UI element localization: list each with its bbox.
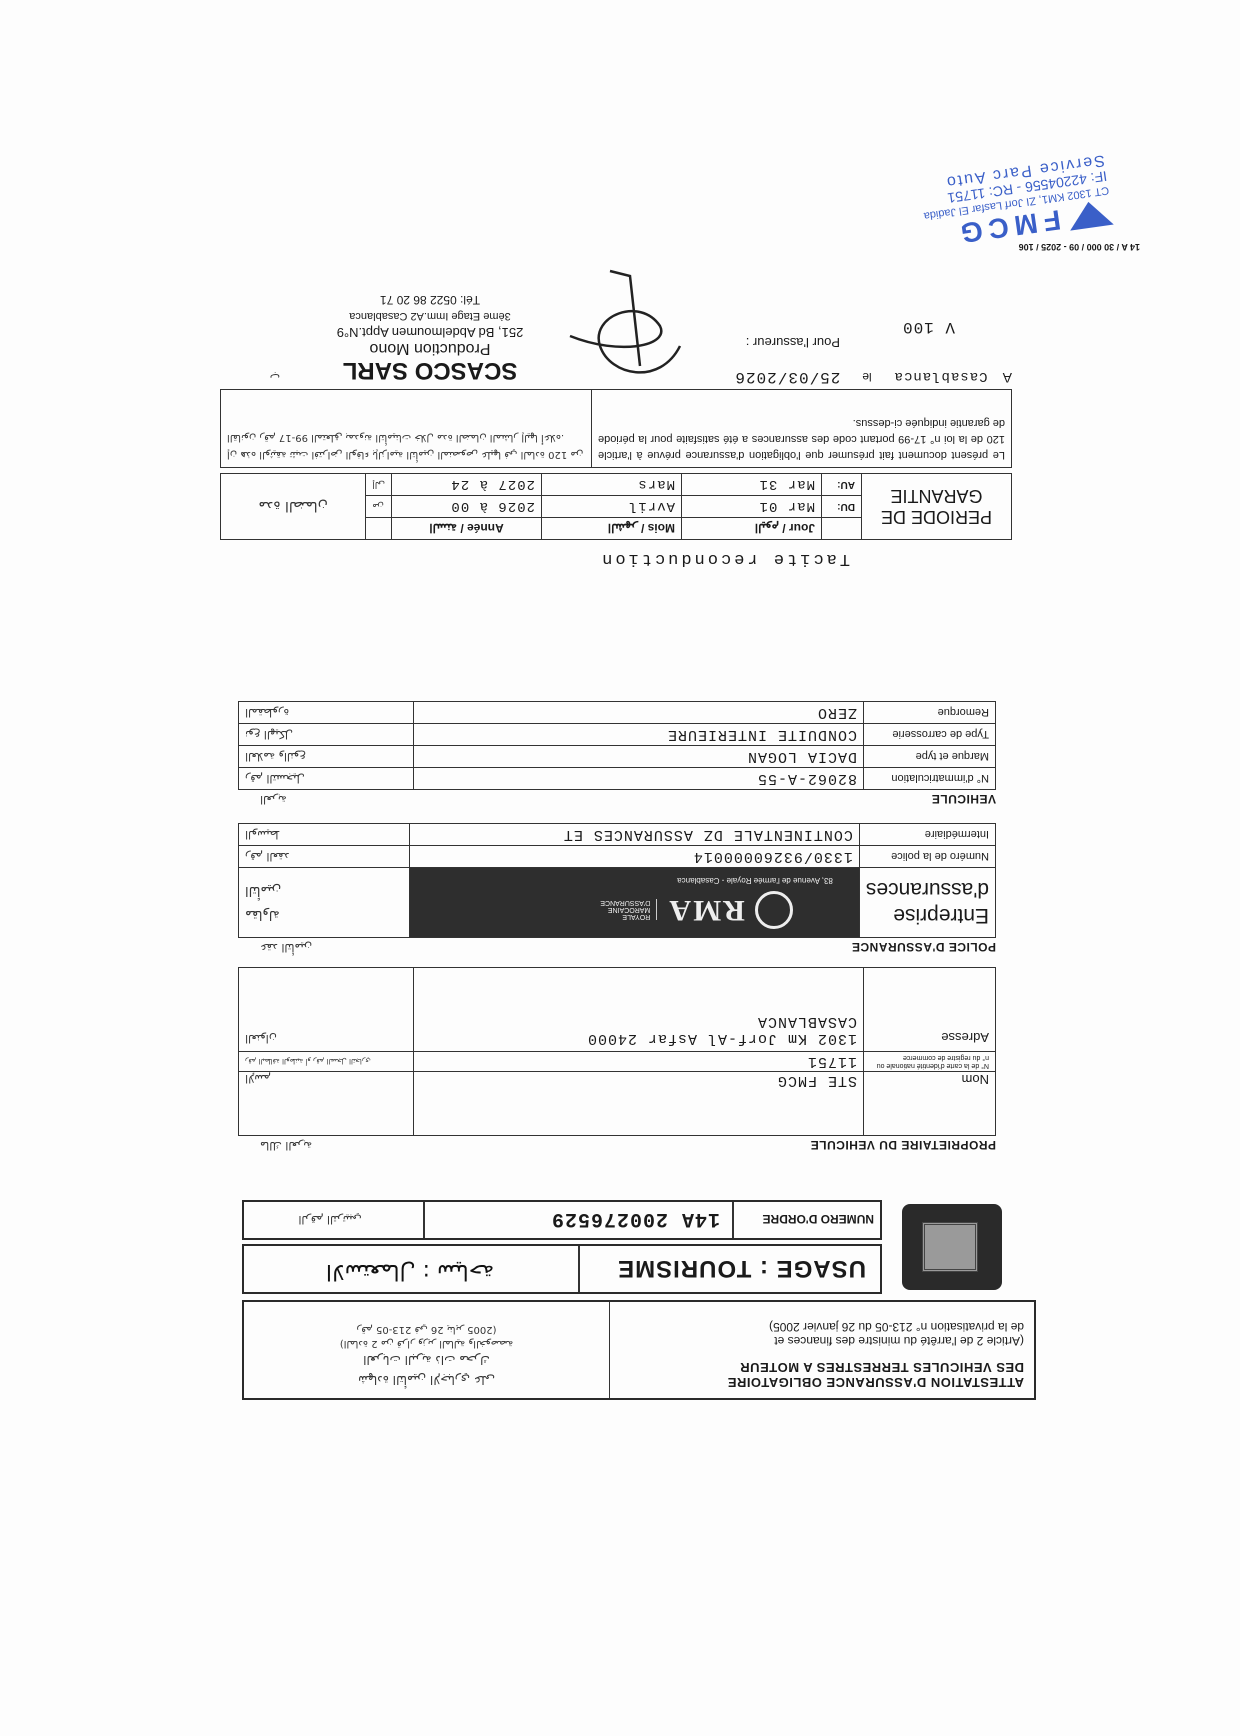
place-value: Casablanca — [894, 368, 988, 384]
from-ar: من — [366, 496, 392, 518]
owner-name-value: STE FMCG — [414, 1072, 864, 1136]
insurer-label-line1: Entreprise — [866, 903, 989, 929]
guarantee-ar: مدة الضمان — [221, 474, 366, 540]
table-row: Marque et type DACIA LOGAN العلامة والنو… — [239, 746, 996, 768]
intermediary-label: Intermédiaire — [859, 824, 995, 846]
header-ar: شهادة التأمين الإجباري على العربات البري… — [244, 1302, 609, 1398]
usage-label: USAGE : TOURISME — [617, 1254, 866, 1282]
signature-place-line: A Casablanca le 25/03/2026 — [734, 368, 1012, 386]
to-month: Mars — [542, 474, 682, 496]
guarantee-col-day: Jour / اليوم — [682, 518, 822, 540]
make-value: DACIA LOGAN — [414, 746, 864, 768]
table-row: N° de la carte d'identité nationale ou n… — [239, 1052, 996, 1072]
rma-logo-text: RMA — [667, 893, 745, 927]
owner-id-ar: رقم البطاقة الوطنية أو رقم السجل التجاري — [239, 1052, 414, 1072]
policy-section-title: POLICE D'ASSURANCE — [851, 940, 996, 954]
insurer-ar-line2: التأمين — [245, 879, 403, 903]
guarantee-label-line2: GARANTIE — [868, 486, 1005, 507]
agent-stamp-name: SCASCO SARL — [310, 356, 550, 384]
header-box: ATTESTATION D'ASSURANCE OBLIGATOIRE DES … — [242, 1300, 1036, 1400]
order-label: NUMERO D'ORDRE — [762, 1212, 874, 1226]
table-row: Intermédiaire CONTINENTALE DZ ASSURANCES… — [239, 824, 996, 846]
guarantee-col-month: Mois / الشهر — [542, 518, 682, 540]
date-prefix: le — [862, 370, 871, 384]
usage-box: USAGE : TOURISME الاستعمال : سياحة — [242, 1244, 882, 1294]
usage-divider — [579, 1246, 581, 1292]
header-title-line1: ATTESTATION D'ASSURANCE OBLIGATOIRE — [620, 1375, 1024, 1390]
header-subtitle-line1: (Article 2 de l'arrêté du ministre des f… — [620, 1334, 1024, 1348]
registration-value: 82062-A-55 — [414, 768, 864, 790]
body-type-label: Type de carrosserie — [864, 724, 996, 746]
to-ar: إلى — [366, 474, 392, 496]
insurance-certificate-sheet: ATTESTATION D'ASSURANCE OBLIGATOIRE DES … — [0, 0, 1240, 1736]
policy-number-value: 1330/93260000014 — [409, 846, 859, 868]
guarantee-blank — [822, 518, 862, 540]
guarantee-label: PERIODE DE GARANTIE — [862, 474, 1012, 540]
rma-address: 83, Avenue de l'armée Royale - Casablanc… — [416, 876, 833, 885]
table-row: Type de carrosserie CONDUITE INTERIEURE … — [239, 724, 996, 746]
registration-ar: رقم التسجيل — [239, 768, 414, 790]
owner-address-line2: CASABLANCA — [420, 1013, 857, 1030]
seal-inner — [922, 1222, 978, 1272]
usage-ar: الاستعمال : سياحة — [260, 1259, 560, 1284]
insurer-ar-line1: مقاولة — [245, 903, 403, 927]
insurer-signature-label: Pour l'assureur : — [746, 335, 840, 350]
header-ar-line3: (المادة 2 من قرار وزير المالية والخوصصة — [254, 1336, 599, 1350]
table-row: Adresse 1302 Km Jorf-Al Asfar 24000 CASA… — [239, 968, 996, 1052]
owner-address-value: 1302 Km Jorf-Al Asfar 24000 CASABLANCA — [414, 968, 864, 1052]
order-divider2 — [424, 1202, 426, 1238]
owner-section-title: PROPRIETAIRE DU VEHICULE — [810, 1138, 996, 1152]
owner-address-label: Adresse — [864, 968, 996, 1052]
table-row: Entreprise d'assurances RMA ROYALE MAROC… — [239, 868, 996, 938]
agent-stamp-line3: 3ème Etage Imm.A2 Casablanca — [310, 308, 550, 324]
owner-table: Nom STE FMCG الإسم N° de la carte d'iden… — [238, 967, 996, 1136]
to-day: Mar 31 — [682, 474, 822, 496]
intermediary-value: CONTINENTALE DZ ASSURANCES ET — [409, 824, 859, 846]
owner-address-line1: 1302 Km Jorf-Al Asfar 24000 — [420, 1030, 857, 1047]
print-reference: 14 A / 30 000 / 09 - 2025 / 106 — [1019, 242, 1140, 252]
order-number: 14A 200276529 — [551, 1207, 720, 1230]
order-ar: الرقم الترتيبي — [250, 1213, 410, 1226]
insurer-ar: مقاولة التأمين — [239, 868, 410, 938]
to-year: 2027 à 24 — [392, 474, 542, 496]
guarantee-label-line1: PERIODE DE — [868, 507, 1005, 528]
guarantee-col-year: Année / السنة — [392, 518, 542, 540]
rma-emblem-icon — [755, 891, 793, 929]
vehicle-section-title-ar: العربة — [260, 793, 360, 806]
from-month: Avril — [542, 496, 682, 518]
handwritten-signature — [550, 266, 700, 406]
from-label: DU: — [822, 496, 862, 518]
tacite-reconduction: Tacite reconduction — [599, 549, 850, 568]
policy-section-title-ar: عقد التأمين — [260, 941, 360, 954]
from-year: 2026 à 00 — [392, 496, 542, 518]
insurer-seal-logo — [902, 1204, 1002, 1290]
policy-number-label: Numéro de la police — [859, 846, 995, 868]
header-title-line2: DES VEHICULES TERRESTRES A MOTEUR — [620, 1360, 1024, 1375]
owner-section-title-ar: مالك العربة — [260, 1139, 360, 1152]
header-fr: ATTESTATION D'ASSURANCE OBLIGATOIRE DES … — [609, 1302, 1034, 1398]
make-ar: العلامة والنوع — [239, 746, 414, 768]
policy-table: Entreprise d'assurances RMA ROYALE MAROC… — [238, 823, 996, 938]
fmcg-triangle-icon — [1067, 199, 1114, 231]
insurer-label: Entreprise d'assurances — [859, 868, 995, 938]
agent-stamp-line2: 251, Bd Abdelmoumen Appt.N°9 — [310, 324, 550, 340]
vehicle-table: N° d'immatriculation 82062-A-55 رقم التس… — [238, 701, 996, 790]
owner-address-ar: العنوان — [239, 968, 414, 1052]
registration-label: N° d'immatriculation — [864, 768, 996, 790]
agent-stamp: SCASCO SARL Production Mono 251, Bd Abde… — [310, 292, 550, 384]
table-row: PERIODE DE GARANTIE Jour / اليوم Mois / … — [221, 518, 1012, 540]
trailer-ar: المقطورة — [239, 702, 414, 724]
owner-name-label: Nom — [864, 1072, 996, 1136]
guarantee-table: PERIODE DE GARANTIE Jour / اليوم Mois / … — [220, 473, 1012, 540]
rma-logo: RMA ROYALE MAROCAINE D'ASSURANCE — [416, 891, 793, 929]
table-row: Nom STE FMCG الإسم — [239, 1072, 996, 1136]
place-prefix: A — [1003, 370, 1012, 386]
insurer-logo-cell: RMA ROYALE MAROCAINE D'ASSURANCE 83, Ave… — [409, 868, 859, 938]
vehicle-section-title: VEHICULE — [931, 792, 996, 806]
signature-ar-prefix: ب — [270, 371, 280, 384]
order-box: NUMERO D'ORDRE 14A 200276529 الرقم الترت… — [242, 1200, 882, 1240]
policy-number-ar: رقم العقد — [239, 846, 410, 868]
from-day: Mar 01 — [682, 496, 822, 518]
legal-ar: إن هذه الوثيقة تثبت افتراض الوفاء بإلزام… — [221, 390, 592, 468]
agent-code: V 100 — [902, 318, 955, 336]
table-row: N° d'immatriculation 82062-A-55 رقم التس… — [239, 768, 996, 790]
table-row: Remorque ZERO المقطورة — [239, 702, 996, 724]
table-row: Numéro de la police 1330/93260000014 رقم… — [239, 846, 996, 868]
owner-name-ar: الإسم — [239, 1072, 414, 1136]
header-subtitle-line2: de la privatisation n° 213-05 du 26 janv… — [620, 1320, 1024, 1334]
intermediary-ar: الوسيط — [239, 824, 410, 846]
insurer-label-line2: d'assurances — [866, 877, 989, 903]
header-ar-line1: شهادة التأمين الإجباري على — [254, 1370, 599, 1390]
guarantee-blank2 — [366, 518, 392, 540]
body-type-ar: نوع الهيكل — [239, 724, 414, 746]
owner-id-label: N° de la carte d'identité nationale ou n… — [864, 1052, 996, 1072]
make-label: Marque et type — [864, 746, 996, 768]
order-divider1 — [733, 1202, 735, 1238]
header-ar-line4: رقم 05-213 في 26 يناير 2005) — [254, 1322, 599, 1336]
trailer-value: ZERO — [414, 702, 864, 724]
date-value: 25/03/2026 — [734, 368, 840, 386]
header-ar-line2: العربات البرية ذات محرك — [254, 1350, 599, 1370]
to-label: AU: — [822, 474, 862, 496]
agent-stamp-line4: Tél: 0522 86 20 71 — [310, 292, 550, 308]
rma-logo-sub: ROYALE MAROCAINE D'ASSURANCE — [590, 900, 657, 921]
trailer-label: Remorque — [864, 702, 996, 724]
body-type-value: CONDUITE INTERIEURE — [414, 724, 864, 746]
owner-id-value: 11751 — [414, 1052, 864, 1072]
agent-stamp-line1: Production Mono — [310, 340, 550, 356]
